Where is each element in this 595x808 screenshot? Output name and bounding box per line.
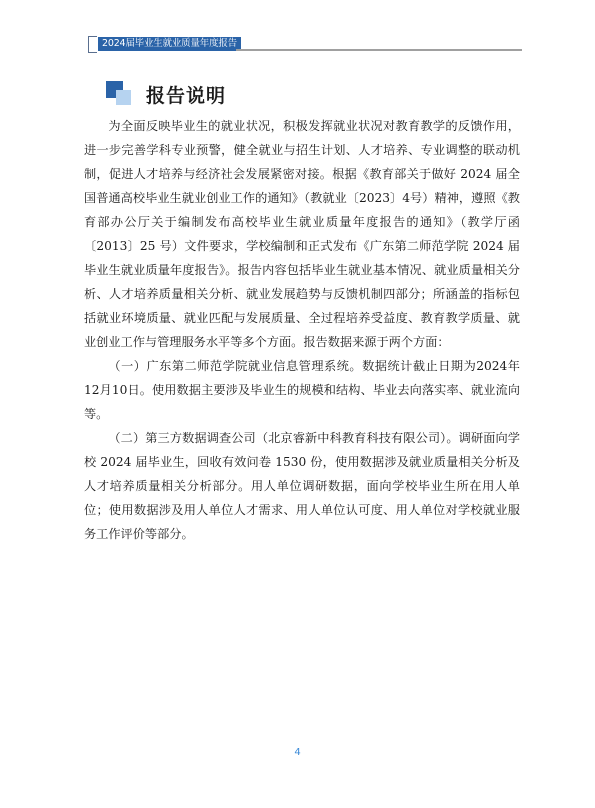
running-header: 2024届毕业生就业质量年度报告	[88, 36, 522, 52]
stacked-squares-icon	[106, 81, 134, 107]
header-title: 2024届毕业生就业质量年度报告	[98, 37, 241, 51]
paragraph-source-2: （二）第三方数据调查公司（北京睿新中科教育科技有限公司）。调研面向学校 2024…	[84, 426, 520, 546]
body-content: 为全面反映毕业生的就业状况，积极发挥就业状况对教育教学的反馈作用，进一步完善学科…	[84, 114, 520, 546]
light-square	[116, 90, 131, 105]
section-heading: 报告说明	[106, 79, 226, 109]
paragraph-source-1: （一）广东第二师范学院就业信息管理系统。数据统计截止日期为2024年12月10日…	[84, 354, 520, 426]
page-number: 4	[0, 747, 595, 758]
header-rule	[236, 49, 522, 51]
section-title: 报告说明	[146, 81, 226, 108]
paragraph-intro: 为全面反映毕业生的就业状况，积极发挥就业状况对教育教学的反馈作用，进一步完善学科…	[84, 114, 520, 354]
header-bracket-decoration	[88, 36, 97, 53]
